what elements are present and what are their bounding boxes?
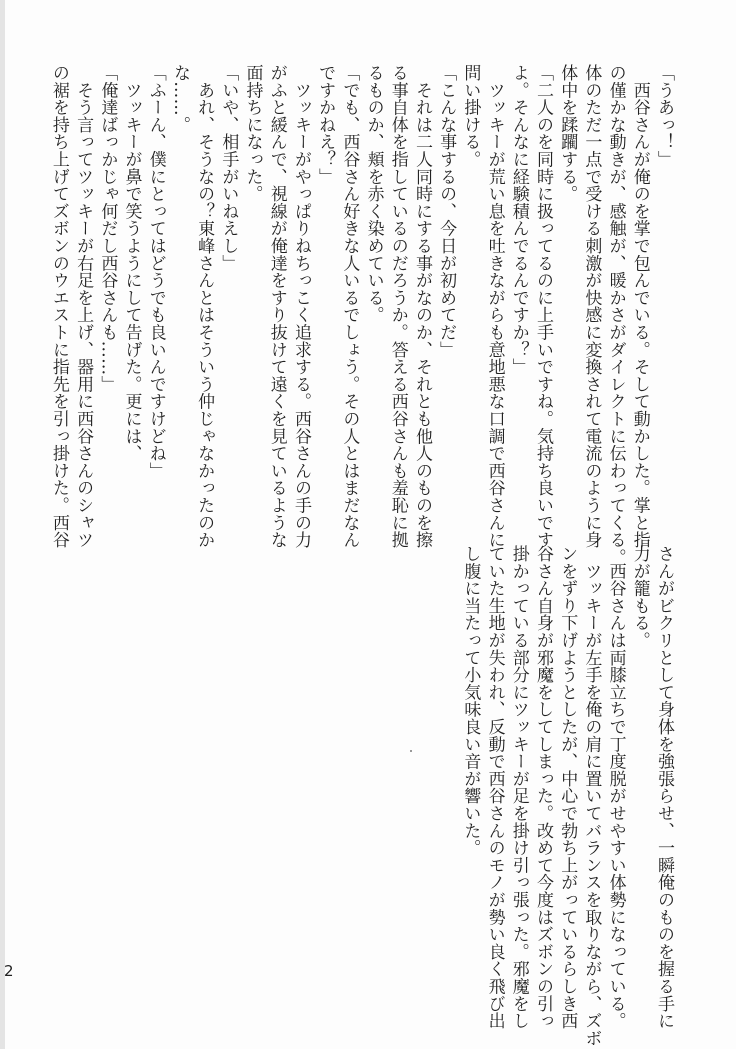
text-column: 体中を蹂躙する。: [555, 64, 579, 534]
text-column: 「ふーん、僕にとってはどうでも良いんですけどね」: [144, 64, 168, 534]
text-column: 力が籠もる。: [628, 545, 652, 1015]
text-column: 「二人のを同時に扱ってるのに上手いですね。気持ち良いです: [531, 64, 555, 534]
text-column: 「でも、西谷さん好きな人いるでしょう。その人とはまだなん: [337, 64, 361, 534]
text-column: 谷さん自身が邪魔をしてしまった。改めて今度はズボンの引っ: [531, 545, 555, 1015]
text-column: し腹に当たって小気味良い音が響いた。: [458, 545, 482, 1015]
page-edge: [0, 0, 5, 1049]
text-column: 「こんな事するの、今日が初めてだ」: [434, 64, 458, 534]
text-column: ですかねえ？」: [313, 64, 337, 534]
text-column: るものか、頬を赤く染めている。: [361, 64, 385, 534]
text-column: の僅かな動きが、感触が、暖かさがダイレクトに伝わってくる。: [603, 64, 627, 534]
text-column: 西谷さんは両膝立ちで丁度脱がせやすい体勢になっている。: [603, 545, 627, 1015]
text-column: 「俺達ばっかじゃ何だし西谷さんも……」: [95, 64, 119, 534]
text-column: ツッキーがやっぱりねちっこく追求する。西谷さんの手の力: [289, 64, 313, 534]
text-column: よ。そんなに経験積んでるんですか？」: [507, 64, 531, 534]
text-column: 西谷さんが俺のを掌で包んでいる。そして動かした。掌と指: [628, 64, 652, 534]
text-column: そう言ってツッキーが右足を上げ、器用に西谷さんのシャツ: [71, 64, 95, 534]
text-column: な……。: [168, 64, 192, 534]
text-column: あれ、そうなの？東峰さんとはそういう仲じゃなかったのか: [192, 64, 216, 534]
text-column: さんがビクリとして身体を強張らせ、一瞬俺のものを握る手に: [652, 545, 676, 1015]
text-column: ツッキーが鼻で笑うようにして告げた。更には、: [119, 64, 143, 534]
text-column: ンをずり下げようとしたが、中心で勃ち上がっているらしき西: [555, 545, 579, 1015]
text-column: ていた生地が失われ、反動で西谷さんのモノが勢い良く飛び出: [482, 545, 506, 1015]
text-block-bottom: さんがビクリとして身体を強張らせ、一瞬俺のものを握る手に力が籠もる。 西谷さんは…: [458, 545, 676, 1015]
text-column: 「うあっ！」: [652, 64, 676, 534]
text-column: ツッキーが荒い息を吐きながらも意地悪な口調で西谷さんに: [482, 64, 506, 534]
text-column: それは二人同時にする事がなのか、それとも他人のものを擦: [410, 64, 434, 534]
text-column: の裾を持ち上げてズボンのウエストに指先を引っ掛けた。西谷: [47, 64, 71, 534]
text-column: がふと緩んで、視線が俺達をすり抜けて遠くを見ているような: [265, 64, 289, 534]
page-number: 2: [4, 962, 14, 980]
text-column: ツッキーが左手を俺の肩に置いてバランスを取りながら、ズボ: [579, 545, 603, 1015]
text-column: 掛かっている部分にツッキーが足を掛け引っ張った。邪魔をし: [507, 545, 531, 1015]
text-column: 問い掛ける。: [458, 64, 482, 534]
text-column: 体のただ一点で受ける刺激が快感に変換されて電流のように身: [579, 64, 603, 534]
text-column: 「いや、相手がいねえし」: [216, 64, 240, 534]
text-column: 面持ちになった。: [240, 64, 264, 534]
speck: [410, 750, 412, 752]
text-column: る事自体を指しているのだろうか。答える西谷さんも羞恥に拠: [386, 64, 410, 534]
text-block-top: 「うあっ！」 西谷さんが俺のを掌で包んでいる。そして動かした。掌と指の僅かな動き…: [47, 64, 676, 534]
